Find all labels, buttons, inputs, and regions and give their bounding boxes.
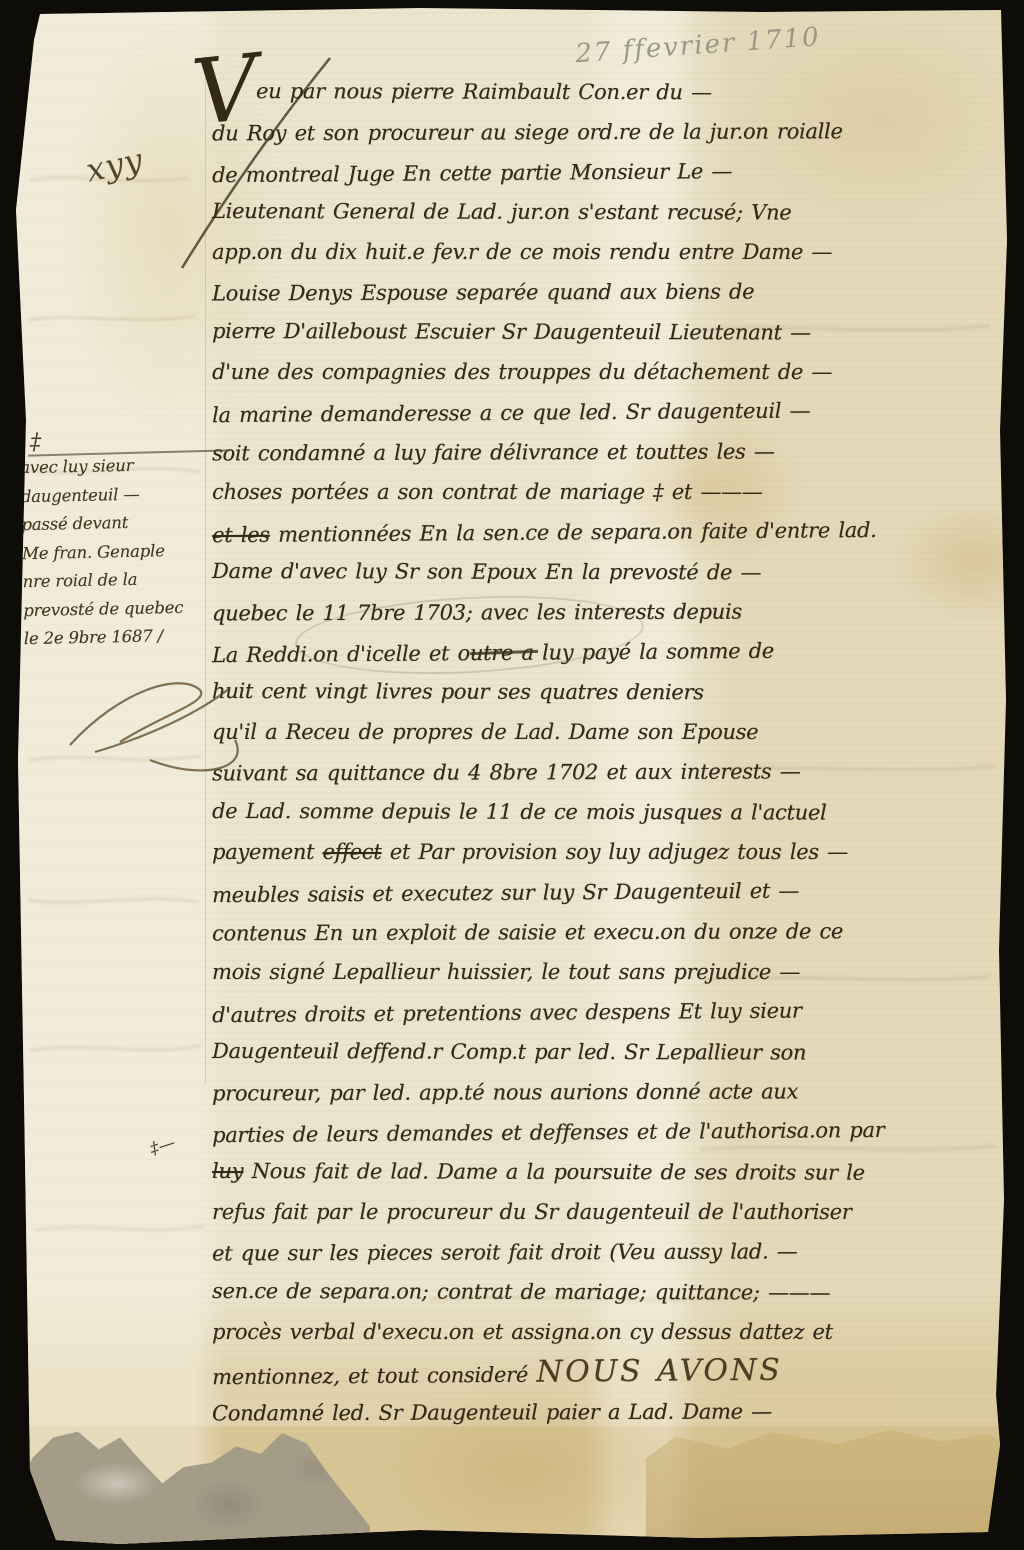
manuscript-line: procureur, par led. app.té nous aurions … [212, 1071, 1014, 1114]
manuscript-line: luy Nous fait de lad. Dame a la poursuit… [212, 1151, 1014, 1193]
manuscript-line: de Lad. somme depuis le 11 de ce mois ju… [212, 791, 1014, 833]
manuscript-line: mentionnez, et tout consideré NOUS AVONS [212, 1349, 1014, 1395]
manuscript-line: d'une des compagnies des trouppes du dét… [212, 352, 1014, 392]
manuscript-line: procès verbal d'execu.on et assigna.on c… [212, 1312, 1014, 1352]
manuscript-line: Louise Denys Espouse separée quand aux b… [212, 271, 1014, 314]
text-span: Nous fait de lad. Dame a la poursuite de… [243, 1159, 865, 1185]
text-span: et Par provision soy luy adjugez tous le… [381, 840, 847, 864]
document-scan: 27 ffevrier 1710 xyy V eu par nous pierr… [0, 0, 1024, 1550]
text-span: mentionnez, et tout consideré [212, 1363, 536, 1390]
manuscript-line: qu'il a Receu de propres de Lad. Dame so… [212, 712, 1014, 752]
text-span: mentionnées En la sen.ce de separa.on fa… [270, 518, 877, 547]
margin-note-line: nre roial de la [22, 564, 228, 597]
tan-repair-patch [646, 1425, 1016, 1543]
manuscript-line: du Roy et son procureur au siege ord.re … [212, 111, 1014, 154]
manuscript-line: de montreal Juge En cette partie Monsieu… [212, 149, 1014, 195]
manuscript-line: Lieutenant General de Lad. jur.on s'esta… [212, 191, 1014, 233]
manuscript-line: refus fait par le procureur du Sr daugen… [212, 1192, 1014, 1232]
struck-text: effect [323, 840, 382, 864]
margin-note-line: Me fran. Genaple [22, 535, 228, 568]
manuscript-line: sen.ce de separa.on; contrat de mariage;… [212, 1271, 1014, 1313]
manuscript-line: contenus En un exploit de saisie et exec… [212, 911, 1014, 954]
archivist-date-annotation: 27 ffevrier 1710 [574, 13, 955, 69]
manuscript-line: suivant sa quittance du 4 8bre 1702 et a… [212, 751, 1014, 794]
manuscript-line: Daugenteuil deffend.r Comp.t par led. Sr… [212, 1031, 1014, 1073]
folio-mark: xyy [83, 140, 147, 189]
manuscript-line: eu par nous pierre Raimbault Con.er du — [212, 71, 1014, 113]
margin-note-line: passé devant [21, 507, 227, 540]
emphasized-text: NOUS AVONS [536, 1353, 782, 1390]
manuscript-line: la marine demanderesse a ce que led. Sr … [212, 389, 1014, 435]
manuscript-line: huit cent vingt livres pour ses quatres … [212, 671, 1014, 713]
margin-note-line: prevosté de quebec [23, 592, 229, 625]
manuscript-line: et que sur les pieces seroit fait droit … [212, 1231, 1014, 1274]
manuscript-line: Condamné led. Sr Daugenteuil paier a Lad… [212, 1391, 1014, 1434]
manuscript-line: app.on du dix huit.e fev.r de ce mois re… [212, 232, 1014, 272]
margin-note-line: le 2e 9bre 1687 / [24, 621, 230, 654]
margin-note: avec luy sieurdaugenteuil —passé devantM… [20, 450, 229, 654]
mid-insertion-mark: ‡— [148, 1133, 178, 1160]
margin-insertion-mark: ‡ [30, 430, 41, 455]
margin-note-line: avec luy sieur [20, 450, 226, 483]
manuscript-paper: 27 ffevrier 1710 xyy V eu par nous pierr… [0, 0, 1024, 1550]
manuscript-body: eu par nous pierre Raimbault Con.er du —… [212, 72, 1014, 1432]
margin-note-line: daugenteuil — [21, 478, 227, 511]
struck-text: luy [212, 1159, 243, 1183]
manuscript-line: parties de leurs demandes et deffenses e… [212, 1109, 1014, 1155]
manuscript-line: pierre D'ailleboust Escuier Sr Daugenteu… [212, 311, 1014, 353]
manuscript-line: soit condamné a luy faire délivrance et … [212, 431, 1014, 474]
manuscript-line: d'autres droits et pretentions avec desp… [212, 989, 1014, 1035]
manuscript-line: payement effect et Par provision soy luy… [212, 832, 1014, 872]
text-span: payement [212, 840, 323, 864]
manuscript-line: mois signé Lepallieur huissier, le tout … [212, 952, 1014, 992]
manuscript-line: meubles saisis et executez sur luy Sr Da… [212, 869, 1014, 915]
manuscript-line: choses portées a son contrat de mariage … [212, 472, 1014, 512]
manuscript-line: et les mentionnées En la sen.ce de separ… [212, 509, 1014, 555]
manuscript-line: Dame d'avec luy Sr son Epoux En la prevo… [212, 551, 1014, 593]
